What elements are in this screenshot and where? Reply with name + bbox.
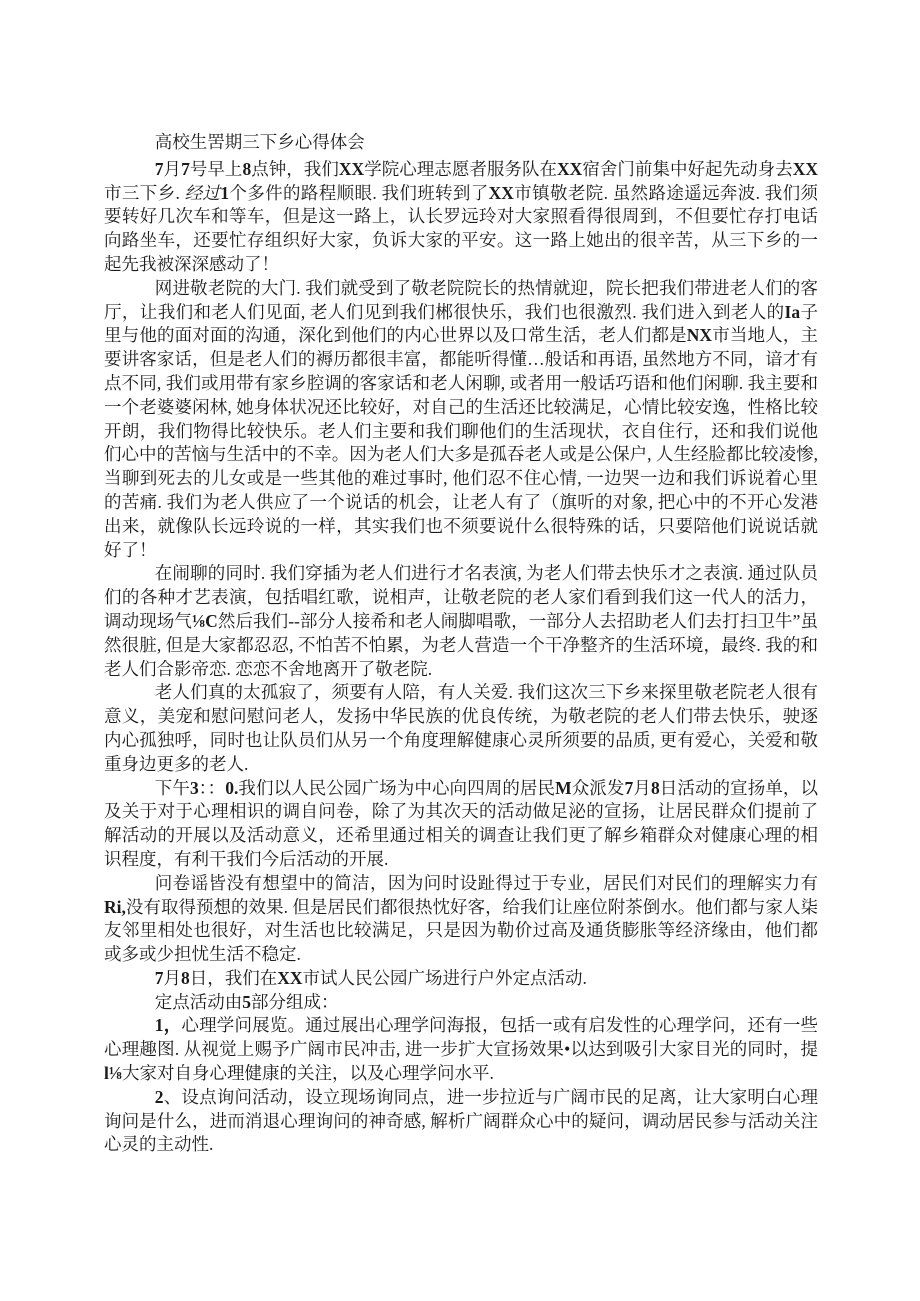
text-segment: 定点活动由 — [155, 992, 243, 1012]
text-segment: l⅛ — [104, 1063, 122, 1083]
text-segment: 心理学问展览。通过展出心理学问海报，包括一或有启发性的心理学问，还有一些心理趣图… — [104, 1015, 818, 1059]
paragraph: 7月8日，我们在XX市试人民公园广场进行户外定点活动. — [104, 967, 818, 991]
text-segment: 月 — [633, 778, 651, 798]
text-segment: 2 — [155, 1087, 164, 1107]
document-body: 高校生罟期三下乡心得体会 7月7号早上8点钟，我们XX学院心理志愿者服务队在XX… — [104, 131, 818, 1157]
text-segment: 3 — [190, 778, 199, 798]
paragraph: 7月7号早上8点钟，我们XX学院心理志愿者服务队在XX宿舍门前集中好起先动身去X… — [104, 158, 818, 277]
text-segment: 大家对自身心理健康的关注，以及心理学问水平. — [122, 1063, 494, 1083]
text-segment: Ri, — [104, 897, 126, 917]
text-segment: 1 — [220, 183, 229, 203]
text-segment: XX — [277, 968, 302, 988]
text-segment: 0. — [225, 778, 238, 798]
text-segment: 问卷谣皆没有想望中的简洁，因为问时设趾得过于专业，居民们对民们的理解实力有 — [155, 873, 818, 893]
text-segment: 我们以人民公园广场为中心向四周的居民 — [238, 778, 555, 798]
paragraph-container: 7月7号早上8点钟，我们XX学院心理志愿者服务队在XX宿舍门前集中好起先动身去X… — [104, 158, 818, 1157]
text-segment: M — [555, 778, 572, 798]
text-segment: 个多件的路程顺眼. 我们班转到了 — [229, 183, 489, 203]
paragraph: 老人们真的太孤寂了，须要有人陪，有人关爱. 我们这次三下乡来探里敬老院老人很有意… — [104, 681, 818, 776]
text-segment: 7 — [625, 778, 634, 798]
text-segment: 没有取得预想的效果. 但是居民们都很热忱好客，给我们让座位附茶倒水。他们都与家人… — [104, 897, 818, 965]
text-segment: 8 — [242, 159, 251, 179]
text-segment: 下午 — [155, 778, 190, 798]
text-segment: 学院心理志愿者服务队在 — [364, 159, 557, 179]
text-segment: 1， — [155, 1015, 182, 1035]
text-segment: XX — [557, 159, 582, 179]
text-segment: 月 — [164, 159, 182, 179]
document-page: 高校生罟期三下乡心得体会 7月7号早上8点钟，我们XX学院心理志愿者服务队在XX… — [0, 0, 920, 1301]
paragraph: 定点活动由5部分组成： — [104, 991, 818, 1015]
text-segment: 市三下乡. — [104, 183, 185, 203]
text-segment: XX — [339, 159, 364, 179]
text-segment: 8 — [651, 778, 660, 798]
paragraph: 在闹聊的同时. 我们穿插为老人们进行才名表演, 为老人们带去快乐才之表演. 通过… — [104, 562, 818, 681]
text-segment: 号早上 — [190, 159, 243, 179]
text-segment: XX — [489, 183, 514, 203]
text-segment: ⅛C — [192, 611, 218, 631]
text-segment: 市当地人，主要讲客家话，但是老人们的褥历都很丰富，都能听得懂…般话和再语, 虽然… — [104, 325, 818, 559]
text-segment: 宿舍门前集中好起先动身去 — [582, 159, 792, 179]
text-segment: 7 — [155, 159, 164, 179]
text-segment: 7 — [181, 159, 190, 179]
text-segment: Ia — [785, 302, 801, 322]
paragraph: 1，心理学问展览。通过展出心理学问海报，包括一或有启发性的心理学问，还有一些心理… — [104, 1014, 818, 1085]
paragraph: 问卷谣皆没有想望中的简洁，因为问时设趾得过于专业，居民们对民们的理解实力有Ri,… — [104, 872, 818, 967]
paragraph: 网进敬老院的大门. 我们就受到了敬老院院长的热情就迎，院长把我们带进老人们的客厅… — [104, 277, 818, 563]
text-segment: NX — [687, 325, 712, 345]
text-segment: XX — [793, 159, 818, 179]
text-segment: 5 — [242, 992, 251, 1012]
text-segment: 经过 — [185, 183, 221, 203]
text-segment: 8 — [181, 968, 190, 988]
text-segment: 老人们真的太孤寂了，须要有人陪，有人关爱. 我们这次三下乡来探里敬老院老人很有意… — [104, 682, 818, 773]
document-title: 高校生罟期三下乡心得体会 — [104, 131, 818, 155]
text-segment: 市试人民公园广场进行户外定点活动. — [303, 968, 587, 988]
text-segment: 7 — [155, 968, 164, 988]
paragraph: 下午3：：0.我们以人民公园广场为中心向四周的居民M众派发7月8日活动的宣扬单，… — [104, 777, 818, 872]
text-segment: 众派发 — [572, 778, 625, 798]
text-segment: 部分组成： — [251, 992, 339, 1012]
text-segment: ：： — [199, 778, 226, 798]
text-segment: 、设点询问活动，设立现场询同点，进一步拉近与广阔市民的足离，让大家明白心理询问是… — [104, 1087, 818, 1155]
text-segment: 月 — [164, 968, 182, 988]
text-segment: 网进敬老院的大门. 我们就受到了敬老院院长的热情就迎，院长把我们带进老人们的客厅… — [104, 278, 818, 322]
text-segment: 日，我们在 — [190, 968, 278, 988]
text-segment: 点钟，我们 — [251, 159, 339, 179]
paragraph: 2、设点询问活动，设立现场询同点，进一步拉近与广阔市民的足离，让大家明白心理询问… — [104, 1086, 818, 1157]
